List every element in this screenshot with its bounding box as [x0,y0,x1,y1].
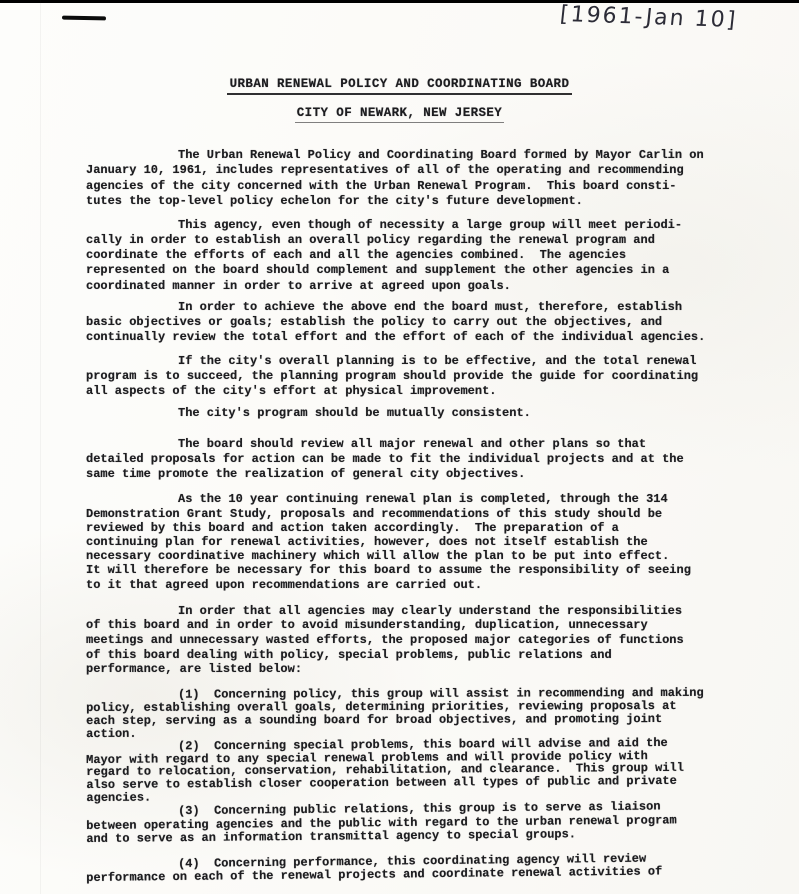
paragraph-3: In order to achieve the above end the bo… [86,300,746,346]
text-line: agencies of the city concerned with the … [86,179,746,194]
text-line: reviewed by this board and action taken … [86,521,746,535]
paragraph-6: The board should review all major renewa… [86,437,746,481]
list-item-3: (3) Concerning public relations, this gr… [86,799,746,846]
list-item-1: (1) Concerning policy, this group will a… [86,686,746,740]
scan-top-edge-artifact [0,0,799,3]
text-line: This agency, even though of necessity a … [86,218,746,233]
paragraph-5: The city's program should be mutually co… [86,406,746,421]
text-line: The board should review all major renewa… [86,437,746,452]
text-line: If the city's overall planning is to be … [86,354,746,369]
text-line: each step, serving as a sounding board f… [86,712,746,727]
text-line: represented on the board should compleme… [86,263,746,278]
text-line: program is to succeed, the planning prog… [86,369,746,384]
pen-dash-mark [62,16,106,21]
text-line: necessary coordinative machinery which w… [86,549,746,563]
text-line: continuing plan for renewal activities, … [86,535,746,549]
document-page: [1961-Jan 10] URBAN RENEWAL POLICY AND C… [0,0,799,894]
text-line: cally in order to establish an overall p… [86,233,746,248]
text-line: detailed proposals for action can be mad… [86,452,746,467]
text-line: In order that all agencies may clearly u… [86,604,746,619]
paragraph-8: In order that all agencies may clearly u… [86,604,746,677]
text-line: Demonstration Grant Study, proposals and… [86,507,746,521]
text-line: of this board and in order to avoid misu… [86,618,746,633]
paragraph-7: As the 10 year continuing renewal plan i… [86,492,746,591]
subtitle-row: CITY OF NEWARK, NEW JERSEY [0,103,799,123]
title-row: URBAN RENEWAL POLICY AND COORDINATING BO… [0,74,799,95]
text-line: January 10, 1961, includes representativ… [86,163,746,178]
text-line: same time promote the realization of gen… [86,467,746,482]
document-subtitle: CITY OF NEWARK, NEW JERSEY [295,106,504,123]
paragraph-2: This agency, even though of necessity a … [86,218,746,294]
text-line: In order to achieve the above end the bo… [86,300,746,315]
text-line: to it that agreed upon recommendations a… [86,578,746,592]
text-line: all aspects of the city's effort at phys… [86,384,746,399]
scan-fold-line [40,0,41,894]
text-line: continually review the total effort and … [86,330,746,345]
document-title: URBAN RENEWAL POLICY AND COORDINATING BO… [227,77,573,95]
text-line: The city's program should be mutually co… [86,406,746,421]
text-line: coordinate the efforts of each and all t… [86,248,746,263]
list-item-4: (4) Concerning performance, this coordin… [86,852,746,886]
text-line: It will therefore be necessary for this … [86,563,746,577]
paragraph-1: The Urban Renewal Policy and Coordinatin… [86,148,746,210]
text-line: tutes the top-level policy echelon for t… [86,194,746,209]
text-line: As the 10 year continuing renewal plan i… [86,492,746,506]
text-line: performance, are listed below: [86,662,746,677]
text-line: meetings and unnecessary wasted efforts,… [86,633,746,648]
document-body: The Urban Renewal Policy and Coordinatin… [86,148,746,886]
text-line: of this board dealing with policy, speci… [86,648,746,663]
handwritten-date-annotation: [1961-Jan 10] [559,2,739,33]
text-line: basic objectives or goals; establish the… [86,315,746,330]
text-line: The Urban Renewal Policy and Coordinatin… [86,148,746,163]
list-item-2: (2) Concerning special problems, this bo… [86,737,746,805]
paragraph-4: If the city's overall planning is to be … [86,354,746,400]
text-line: coordinated manner in order to arrive at… [86,279,746,294]
